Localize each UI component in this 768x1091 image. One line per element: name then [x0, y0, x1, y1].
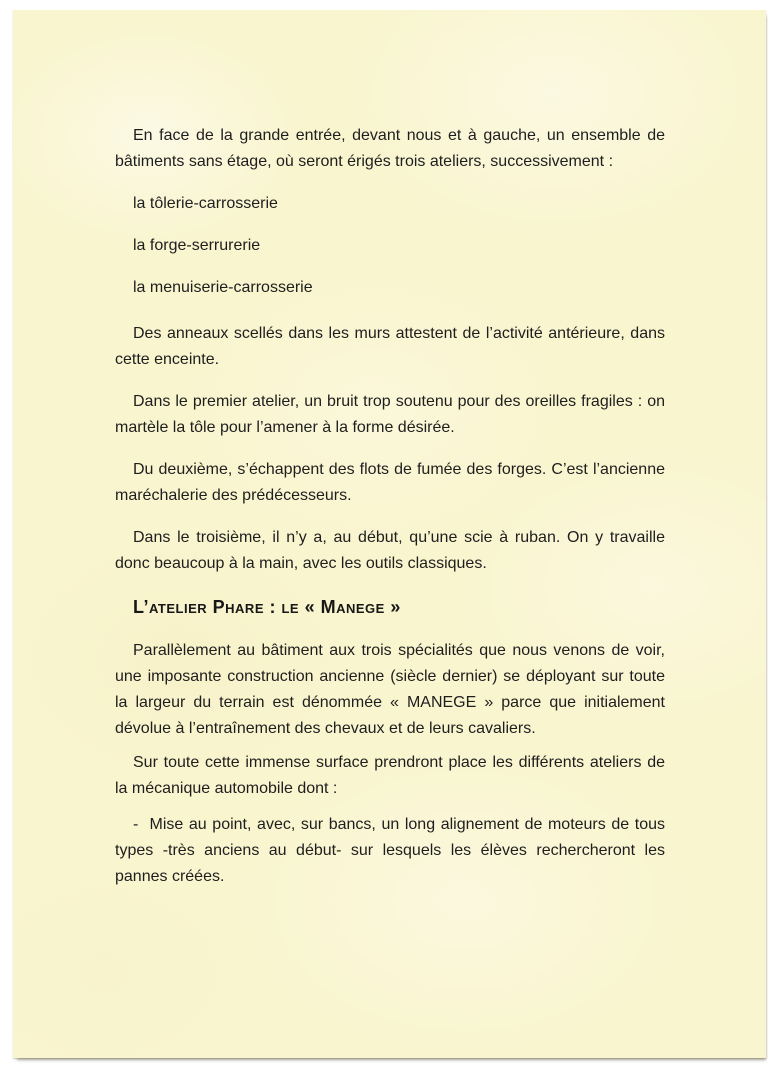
paragraph-intro: En face de la grande entrée, devant nous… [115, 123, 665, 175]
paragraph-deuxieme: Du deuxième, s’échappent des flots de fu… [115, 457, 665, 509]
atelier-list: la tôlerie-carrosserie la forge-serrurer… [115, 191, 665, 301]
list-item-menuiserie: la menuiserie-carrosserie [115, 275, 665, 301]
paragraph-mise-au-point: - Mise au point, avec, sur bancs, un lon… [115, 812, 665, 890]
paragraph-premier-atelier: Dans le premier atelier, un bruit trop s… [115, 389, 665, 441]
paragraph-parallelement: Parallèlement au bâtiment aux trois spéc… [115, 638, 665, 742]
section-heading: L’atelier Phare : le « Manege » [115, 593, 665, 622]
paragraph-surface: Sur toute cette immense surface prendron… [115, 750, 665, 802]
list-item-forge: la forge-serrurerie [115, 233, 665, 259]
scan-background: En face de la grande entrée, devant nous… [0, 0, 768, 1091]
list-item-tolerie: la tôlerie-carrosserie [115, 191, 665, 217]
document-page: En face de la grande entrée, devant nous… [13, 10, 766, 1058]
paragraph-troisieme: Dans le troisième, il n’y a, au début, q… [115, 525, 665, 577]
page-content: En face de la grande entrée, devant nous… [13, 10, 766, 890]
paragraph-anneaux: Des anneaux scellés dans les murs attest… [115, 321, 665, 373]
